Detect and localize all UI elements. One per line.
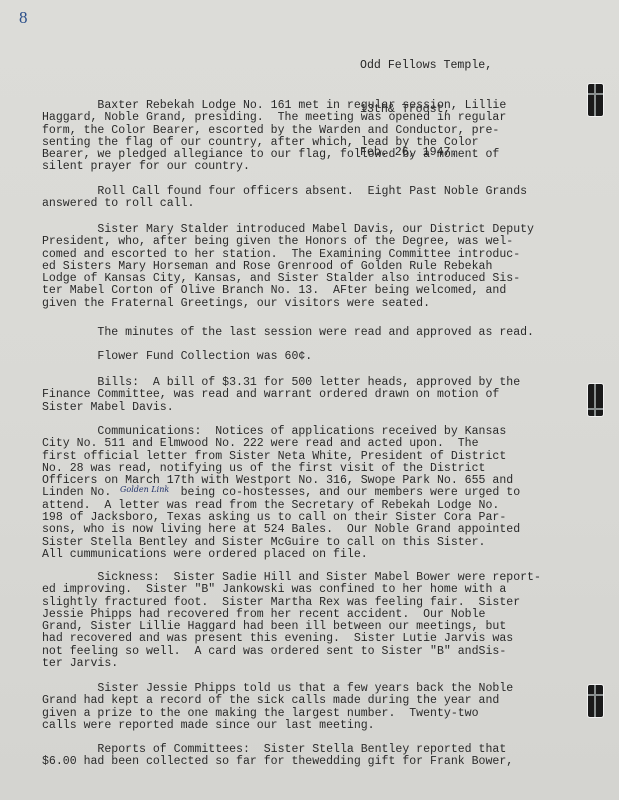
text-line: Finance Committee, was read and warrant … [42, 389, 520, 401]
text-line: Grand had kept a record of the sick call… [42, 695, 513, 707]
text-line: calls were reported made since our last … [42, 720, 513, 732]
text-line: answered to roll call. [42, 198, 527, 210]
text-line: All cummunications were ordered placed o… [42, 549, 520, 561]
paragraph-committees: Reports of Committees: Sister Stella Ben… [42, 744, 513, 769]
text-line: City No. 511 and Elmwood No. 222 were re… [42, 438, 520, 450]
paragraph-flower-fund: Flower Fund Collection was 60¢. [42, 351, 312, 363]
text-line: Flower Fund Collection was 60¢. [42, 351, 312, 363]
text-line: ter Mabel Corton of Olive Branch No. 13.… [42, 285, 534, 297]
text-line: given the Fraternal Greetings, our visit… [42, 298, 534, 310]
binder-hole-top [587, 83, 604, 117]
handwritten-insert: Golden Link [120, 485, 169, 494]
text-line: Sister Mabel Davis. [42, 402, 520, 414]
paragraph-opening: Baxter Rebekah Lodge No. 161 met in regu… [42, 100, 506, 174]
text-line: silent prayer for our country. [42, 161, 506, 173]
text-line: $6.00 had been collected so far for thew… [42, 756, 513, 768]
page-number: 8 [19, 8, 28, 28]
text-line: had recovered and was present this eveni… [42, 633, 541, 645]
text-line: Haggard, Noble Grand, presiding. The mee… [42, 112, 506, 124]
text-line: The minutes of the last session were rea… [42, 327, 534, 339]
paragraph-bills: Bills: A bill of $3.31 for 500 letter he… [42, 377, 520, 414]
paragraph-roll-call: Roll Call found four officers absent. Ei… [42, 186, 527, 211]
binder-hole-bottom [587, 684, 604, 718]
header-location: Odd Fellows Temple, [360, 59, 492, 74]
text-line: President, who, after being given the Ho… [42, 236, 534, 248]
text-line: ter Jarvis. [42, 658, 541, 670]
paragraph-sickness: Sickness: Sister Sadie Hill and Sister M… [42, 572, 541, 670]
document-page: 8 Odd Fellows Temple, 13th& Troost, Feb.… [0, 0, 619, 800]
paragraph-sick-calls: Sister Jessie Phipps told us that a few … [42, 683, 513, 732]
binder-hole-middle [587, 383, 604, 417]
text-line: Linden No. being co-hostesses, and our m… [42, 487, 520, 499]
text-line: ed improving. Sister "B" Jankowski was c… [42, 584, 541, 596]
paragraph-communications: Communications: Notices of applications … [42, 426, 520, 561]
paragraph-minutes: The minutes of the last session were rea… [42, 327, 534, 339]
paragraph-introductions: Sister Mary Stalder introduced Mabel Dav… [42, 224, 534, 310]
text-line: sons, who is now living here at 524 Bale… [42, 524, 520, 536]
